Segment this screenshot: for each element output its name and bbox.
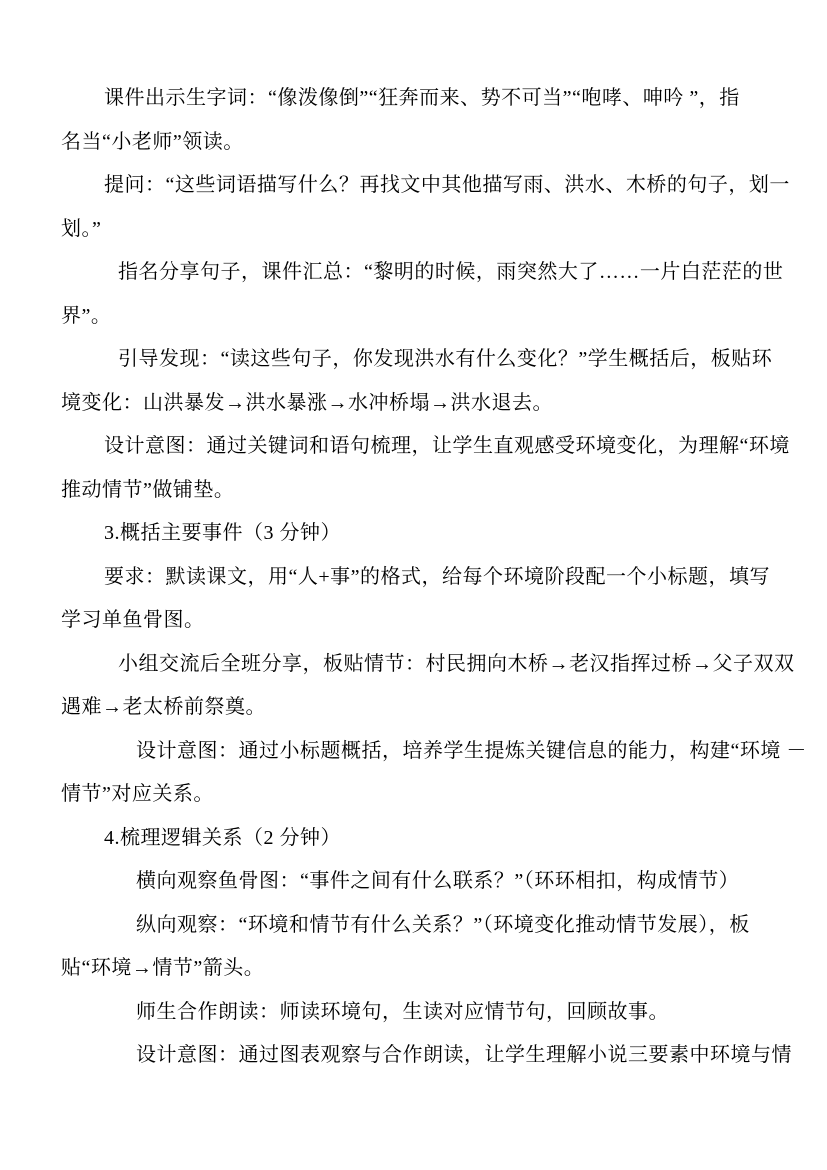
text-line: 课件出示生字词：“像泼像倒”“狂奔而来、势不可当”“咆哮、呻吟 ”，指 bbox=[61, 77, 769, 121]
text-line: 名当“小老师”领读。 bbox=[61, 121, 769, 165]
paragraph-sentence-sharing: 指名分享句子，课件汇总：“黎明的时候，雨突然大了……一片白茫茫的世 界”。 bbox=[61, 251, 769, 338]
text-line: 划。” bbox=[61, 208, 769, 252]
paragraph-design-intent-2: 设计意图：通过小标题概括，培养学生提炼关键信息的能力，构建“环境 － 情节”对应… bbox=[61, 730, 769, 817]
paragraph-design-intent-3: 设计意图：通过图表观察与合作朗读，让学生理解小说三要素中环境与情 bbox=[61, 1034, 769, 1078]
text-line: 贴“环境→情节”箭头。 bbox=[61, 947, 769, 991]
heading-step-3: 3.概括主要事件（3 分钟） bbox=[61, 512, 769, 556]
text-line: 设计意图：通过小标题概括，培养学生提炼关键信息的能力，构建“环境 － bbox=[61, 730, 769, 774]
text-line: 提问：“这些词语描写什么？再找文中其他描写雨、洪水、木桥的句子，划一 bbox=[61, 164, 769, 208]
text-line: 3.概括主要事件（3 分钟） bbox=[61, 512, 769, 556]
text-line: 纵向观察：“环境和情节有什么关系？”（环境变化推动情节发展），板 bbox=[61, 904, 769, 948]
paragraph-vocab-display: 课件出示生字词：“像泼像倒”“狂奔而来、势不可当”“咆哮、呻吟 ”，指 名当“小… bbox=[61, 77, 769, 164]
paragraph-group-sharing: 小组交流后全班分享，板贴情节：村民拥向木桥→老汉指挥过桥→父子双双 遇难→老太桥… bbox=[61, 643, 769, 730]
text-line: 界”。 bbox=[61, 295, 769, 339]
paragraph-question-prompt: 提问：“这些词语描写什么？再找文中其他描写雨、洪水、木桥的句子，划一 划。” bbox=[61, 164, 769, 251]
paragraph-design-intent-1: 设计意图：通过关键词和语句梳理，让学生直观感受环境变化，为理解“环境 推动情节”… bbox=[61, 425, 769, 512]
paragraph-vertical-observation: 纵向观察：“环境和情节有什么关系？”（环境变化推动情节发展），板 贴“环境→情节… bbox=[61, 904, 769, 991]
paragraph-guided-discovery: 引导发现：“读这些句子，你发现洪水有什么变化？”学生概括后，板贴环 境变化：山洪… bbox=[61, 338, 769, 425]
text-line: 遇难→老太桥前祭奠。 bbox=[61, 686, 769, 730]
text-line: 指名分享句子，课件汇总：“黎明的时候，雨突然大了……一片白茫茫的世 bbox=[61, 251, 769, 295]
text-line: 引导发现：“读这些句子，你发现洪水有什么变化？”学生概括后，板贴环 bbox=[61, 338, 769, 382]
text-line: 推动情节”做铺垫。 bbox=[61, 469, 769, 513]
text-line: 要求：默读课文，用“人+事”的格式，给每个环境阶段配一个小标题，填写 bbox=[61, 556, 769, 600]
paragraph-task-requirement: 要求：默读课文，用“人+事”的格式，给每个环境阶段配一个小标题，填写 学习单鱼骨… bbox=[61, 556, 769, 643]
paragraph-cooperative-reading: 师生合作朗读：师读环境句，生读对应情节句，回顾故事。 bbox=[61, 991, 769, 1035]
paragraph-horizontal-observation: 横向观察鱼骨图：“事件之间有什么联系？”（环环相扣，构成情节） bbox=[61, 860, 769, 904]
text-line: 4.梳理逻辑关系（2 分钟） bbox=[61, 817, 769, 861]
text-line: 境变化：山洪暴发→洪水暴涨→水冲桥塌→洪水退去。 bbox=[61, 382, 769, 426]
text-line: 横向观察鱼骨图：“事件之间有什么联系？”（环环相扣，构成情节） bbox=[61, 860, 769, 904]
text-line: 设计意图：通过关键词和语句梳理，让学生直观感受环境变化，为理解“环境 bbox=[61, 425, 769, 469]
text-line: 情节”对应关系。 bbox=[61, 773, 769, 817]
text-line: 师生合作朗读：师读环境句，生读对应情节句，回顾故事。 bbox=[61, 991, 769, 1035]
text-line: 小组交流后全班分享，板贴情节：村民拥向木桥→老汉指挥过桥→父子双双 bbox=[61, 643, 769, 687]
text-line: 学习单鱼骨图。 bbox=[61, 599, 769, 643]
text-line: 设计意图：通过图表观察与合作朗读，让学生理解小说三要素中环境与情 bbox=[61, 1034, 769, 1078]
heading-step-4: 4.梳理逻辑关系（2 分钟） bbox=[61, 817, 769, 861]
document-page: 课件出示生字词：“像泼像倒”“狂奔而来、势不可当”“咆哮、呻吟 ”，指 名当“小… bbox=[0, 0, 827, 1170]
